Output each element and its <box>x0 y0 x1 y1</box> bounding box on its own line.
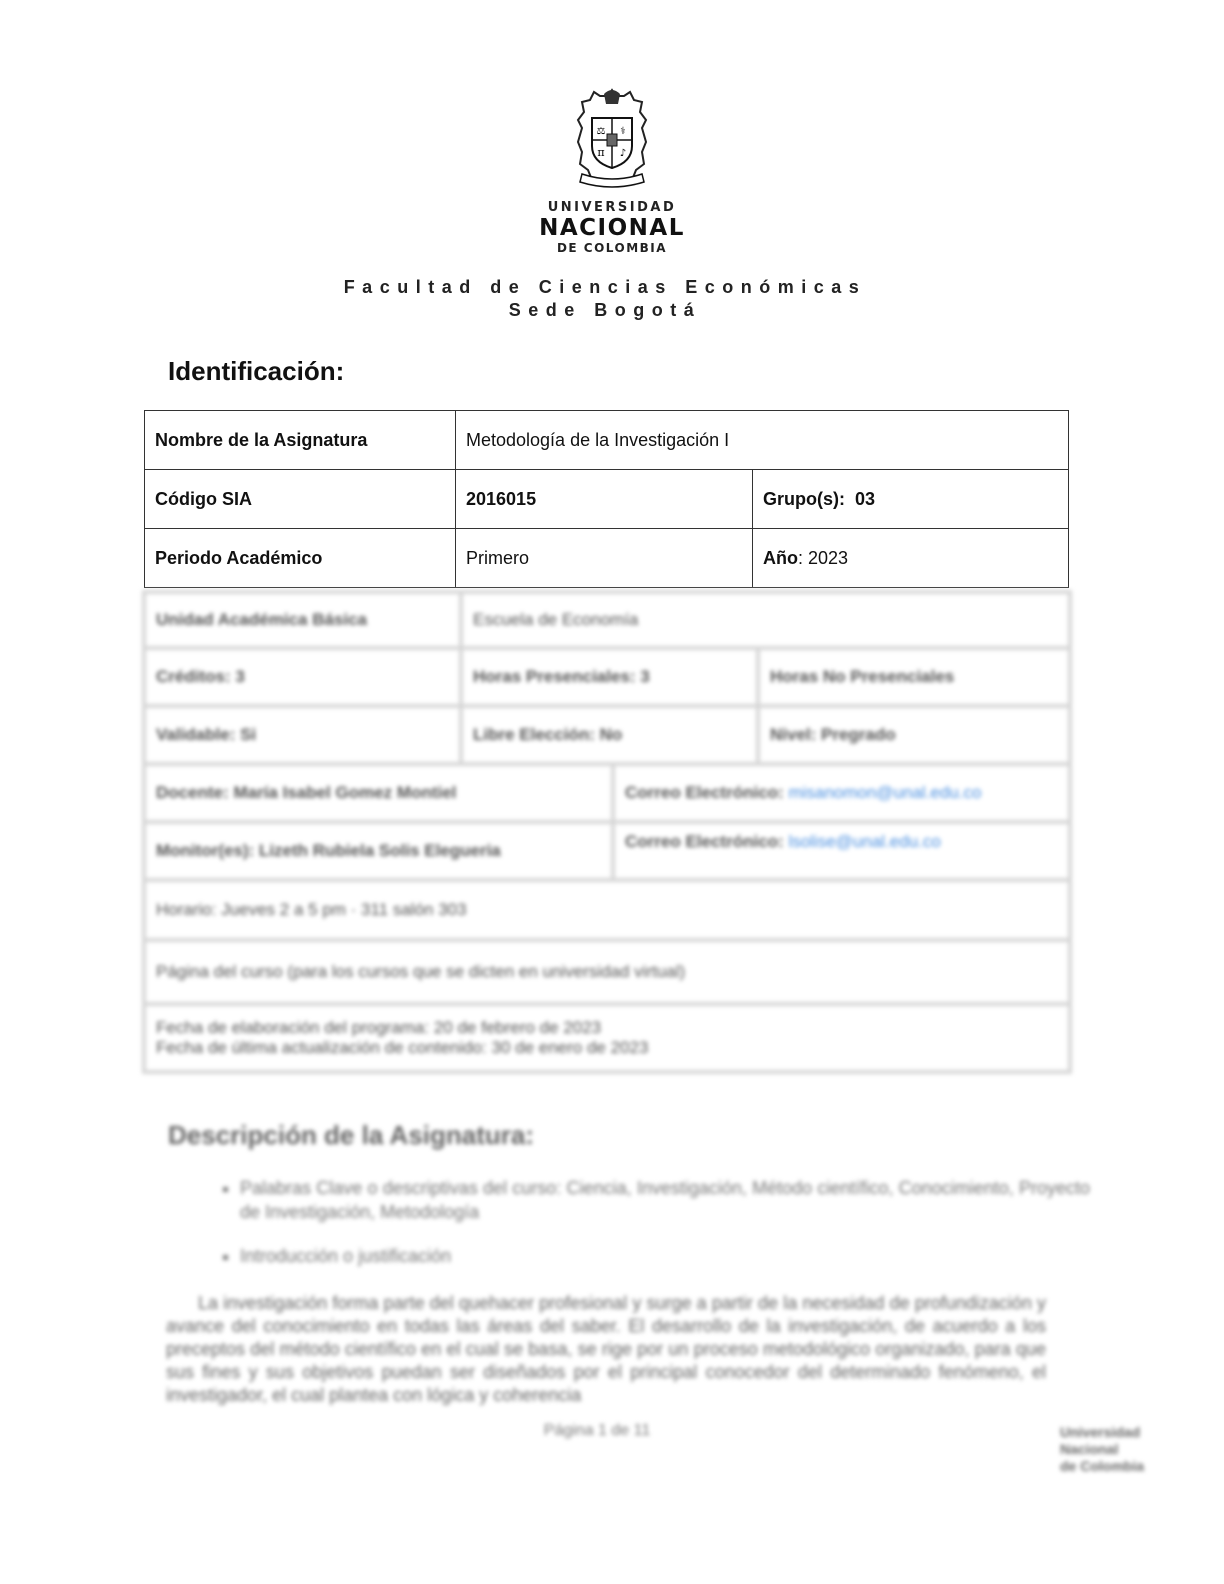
university-name-line2: NACIONAL <box>0 215 1224 241</box>
identification-table: Nombre de la Asignatura Metodología de l… <box>144 410 1069 588</box>
list-item: Palabras Clave o descriptivas del curso:… <box>240 1176 1090 1224</box>
table-row: Nombre de la Asignatura Metodología de l… <box>145 411 1069 470</box>
table-row: Página del curso (para los cursos que se… <box>144 940 1070 1004</box>
university-name-line1: UNIVERSIDAD <box>0 200 1224 215</box>
credits: Créditos: 3 <box>144 648 461 706</box>
table-row: Fecha de elaboración del programa: 20 de… <box>144 1004 1070 1072</box>
table-row: Monitor(es): Lizeth Rubiela Solis Elegue… <box>144 822 1070 880</box>
year-cell: Año: 2023 <box>753 529 1069 588</box>
university-logo: ⚖ ⚕ π ♪ UNIVERSIDAD NACIONAL DE COLOMBIA <box>0 88 1224 255</box>
table-row: Unidad Académica Básica Escuela de Econo… <box>144 592 1070 648</box>
table-row: Docente: María Isabel Gomez Montiel Corr… <box>144 764 1070 822</box>
subject-name-label: Nombre de la Asignatura <box>145 411 456 470</box>
svg-text:⚕: ⚕ <box>620 126 625 137</box>
university-crest-icon: ⚖ ⚕ π ♪ <box>570 88 654 192</box>
monitor: Monitor(es): Lizeth Rubiela Solis Elegue… <box>144 822 613 880</box>
table-row: Código SIA 2016015 Grupo(s): 03 <box>145 470 1069 529</box>
code-value: 2016015 <box>456 470 753 529</box>
dates-cell: Fecha de elaboración del programa: 20 de… <box>144 1004 1070 1072</box>
monitor-email-cell: Correo Electrónico: lsolise@unal.edu.co <box>613 822 1070 880</box>
table-row: Validable: Si Libre Elección: No Nivel: … <box>144 706 1070 764</box>
level: Nivel: Pregrado <box>758 706 1070 764</box>
validable: Validable: Si <box>144 706 461 764</box>
elective: Libre Elección: No <box>461 706 758 764</box>
campus-name: Sede Bogotá <box>0 299 1210 322</box>
period-label: Periodo Académico <box>145 529 456 588</box>
description-paragraph: La investigación forma parte del quehace… <box>166 1292 1046 1407</box>
blurred-details-table: Unidad Académica Básica Escuela de Econo… <box>142 590 1072 1074</box>
web-page: Página del curso (para los cursos que se… <box>144 940 1070 1004</box>
svg-text:⚖: ⚖ <box>597 126 606 137</box>
group-cell: Grupo(s): 03 <box>753 470 1069 529</box>
program-date: Fecha de elaboración del programa: 20 de… <box>156 1018 1058 1038</box>
teacher-email-cell: Correo Electrónico: misanomon@unal.edu.c… <box>613 764 1070 822</box>
teacher: Docente: María Isabel Gomez Montiel <box>144 764 613 822</box>
svg-text:♪: ♪ <box>620 148 626 159</box>
schedule: Horario: Jueves 2 a 5 pm · 311 salón 303 <box>144 880 1070 940</box>
teacher-email-label: Correo Electrónico: <box>625 783 784 802</box>
corner-line: Universidad <box>1060 1424 1170 1441</box>
corner-line: Nacional <box>1060 1441 1170 1458</box>
corner-mark: Universidad Nacional de Colombia <box>1060 1424 1170 1475</box>
monitor-email-label: Correo Electrónico: <box>625 832 784 851</box>
code-label: Código SIA <box>145 470 456 529</box>
presential-hours: Horas Presenciales: 3 <box>461 648 758 706</box>
svg-text:π: π <box>597 146 604 159</box>
description-title: Descripción de la Asignatura: <box>168 1120 534 1151</box>
group-value: 03 <box>855 489 875 509</box>
teacher-email-link[interactable]: misanomon@unal.edu.co <box>788 783 981 802</box>
table-row: Periodo Académico Primero Año: 2023 <box>145 529 1069 588</box>
content-update-date: Fecha de última actualización de conteni… <box>156 1038 1058 1058</box>
identification-title: Identificación: <box>168 356 344 387</box>
table-row: Créditos: 3 Horas Presenciales: 3 Horas … <box>144 648 1070 706</box>
group-label: Grupo(s): <box>763 489 845 509</box>
description-bullets: Palabras Clave o descriptivas del curso:… <box>200 1176 1090 1288</box>
unit-label: Unidad Académica Básica <box>144 592 461 648</box>
table-row: Horario: Jueves 2 a 5 pm · 311 salón 303 <box>144 880 1070 940</box>
faculty-heading: Facultad de Ciencias Económicas Sede Bog… <box>0 276 1210 322</box>
corner-line: de Colombia <box>1060 1458 1170 1475</box>
monitor-email-link[interactable]: lsolise@unal.edu.co <box>788 832 940 851</box>
page-indicator: Página 1 de 11 <box>0 1422 1194 1440</box>
year-value: : 2023 <box>798 548 848 568</box>
university-name-line3: DE COLOMBIA <box>0 241 1224 255</box>
non-presential-hours: Horas No Presenciales <box>758 648 1070 706</box>
subject-name-value: Metodología de la Investigación I <box>456 411 1069 470</box>
faculty-name: Facultad de Ciencias Económicas <box>0 276 1210 299</box>
period-value: Primero <box>456 529 753 588</box>
list-item: Introducción o justificación <box>240 1244 1090 1268</box>
unit-value: Escuela de Economía <box>461 592 1070 648</box>
year-label: Año <box>763 548 798 568</box>
